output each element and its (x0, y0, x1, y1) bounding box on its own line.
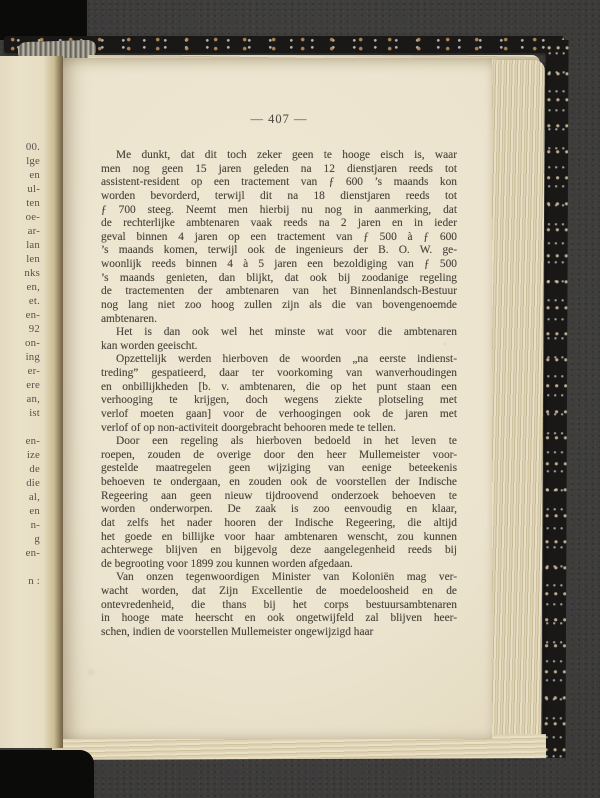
facing-page-edge: 00.lgeenul-tenoe-ar-lanlennksen,et.en-92… (0, 56, 63, 748)
edge-text-fragment: die (2, 476, 40, 490)
text-line: assistent-resident op een tractement van… (101, 176, 457, 190)
text-line: geval binnen 4 jaren op een tractement v… (101, 231, 457, 245)
text-line: Van onzen tegenwoordigen Minister van Ko… (101, 571, 457, 585)
text-line: gestelde maatregelen geen wijziging van … (101, 462, 457, 476)
text-line: ontevredenheid, die thans bij het corps … (101, 599, 457, 613)
text-line: dat zelfs het nader hooren der Indische … (101, 517, 457, 531)
text-line: treding” gespatieerd, daar ter voorkomin… (101, 367, 457, 381)
page-text: Me dunkt, dat dit toch zeker geen te hoo… (101, 149, 457, 640)
text-line: men nog geen 15 jaren geleden na 12 dien… (101, 163, 457, 177)
text-line: Regeering aan geen nieuw tijdroovend ond… (101, 490, 457, 504)
edge-text-fragment: len (2, 252, 40, 266)
edge-text-fragment: en- (2, 308, 40, 322)
text-line: schen, indien de voorstellen Mullemeiste… (101, 626, 457, 640)
edge-text-fragment: ere (2, 378, 40, 392)
edge-text-fragment: en- (2, 434, 40, 448)
photo-shadow-bottom-left (0, 750, 94, 798)
edge-text-fragment: en- (2, 546, 40, 560)
text-line: verhooging te krijgen, doch wegens ziekt… (101, 394, 457, 408)
text-line: behoeven te ondergaan, en zouden ook de … (101, 476, 457, 490)
text-line: ’s maands komen, terwijl ook de ingenieu… (101, 244, 457, 258)
photo-shadow-top-left (0, 0, 87, 40)
text-line: worden onderworpen. De zaak is zoo eenvo… (101, 503, 457, 517)
edge-text-fragment: on- (2, 336, 40, 350)
facing-page-text-fragments: 00.lgeenul-tenoe-ar-lanlennksen,et.en-92… (2, 140, 40, 588)
text-line: nog lang niet zoo hoog zullen zijn als d… (101, 299, 457, 313)
edge-text-fragment: et. (2, 294, 40, 308)
edge-text-fragment (2, 420, 40, 434)
text-line: ’s maands genieten, dan blijkt, dat ook … (101, 272, 457, 286)
text-line: verlof moeten gaan] voor de verhoogingen… (101, 408, 457, 422)
text-line: en onbillijkheden [b. v. ambtenaren, die… (101, 381, 457, 395)
edge-text-fragment: g (2, 532, 40, 546)
text-line: kan worden geeischt. (101, 340, 457, 354)
text-line: Door een regeling als hierboven bedoeld … (101, 435, 457, 449)
text-line: ƒ 700 steeg. Neemt men hierbij nu nog in… (101, 204, 457, 218)
edge-text-fragment: en (2, 504, 40, 518)
text-line: worden bevorderd, terwijl dit na 18 dien… (101, 190, 457, 204)
text-line: verlof of op non-activiteit doorgebracht… (101, 422, 457, 436)
edge-text-fragment: ten (2, 196, 40, 210)
edge-text-fragment: al, (2, 490, 40, 504)
text-line: Opzettelijk werden hierboven de woorden … (101, 353, 457, 367)
text-line: achterwege blijven en bijgevolg deze aan… (101, 544, 457, 558)
text-line: wacht worden, dat Zijn Excellentie de mo… (101, 585, 457, 599)
edge-text-fragment: 92 (2, 322, 40, 336)
edge-text-fragment: ist (2, 406, 40, 420)
text-line: Me dunkt, dat dit toch zeker geen te hoo… (101, 149, 457, 163)
page-stack-fore-edges (487, 60, 545, 758)
edge-text-fragment: en (2, 168, 40, 182)
edge-text-fragment: ing (2, 350, 40, 364)
edge-text-fragment (2, 560, 40, 574)
edge-text-fragment: an, (2, 392, 40, 406)
edge-text-fragment: lan (2, 238, 40, 252)
edge-text-fragment: ize (2, 448, 40, 462)
edge-text-fragment: n : (2, 574, 40, 588)
text-line: Het is dan ook wel het minste wat voor d… (101, 326, 457, 340)
text-line: de begrooting voor 1899 zou kunnen worde… (101, 558, 457, 572)
text-line: woonlijk reeds binnen 4 à 5 jaren een be… (101, 258, 457, 272)
text-line: de rechterlijke ambtenaren vaak reeds na… (101, 217, 457, 231)
edge-text-fragment: n- (2, 518, 40, 532)
edge-text-fragment: ul- (2, 182, 40, 196)
edge-text-fragment: 00. (2, 140, 40, 154)
book-page: — 407 — Me dunkt, dat dit toch zeker gee… (63, 58, 492, 739)
text-line: de tractementen der ambtenaren van het B… (101, 285, 457, 299)
edge-text-fragment: er- (2, 364, 40, 378)
text-line: roepen, zouden de overige door den heer … (101, 449, 457, 463)
edge-text-fragment: de (2, 462, 40, 476)
edge-text-fragment: en, (2, 280, 40, 294)
edge-text-fragment: ar- (2, 224, 40, 238)
edge-text-fragment: nks (2, 266, 40, 280)
page-number: — 407 — (101, 112, 457, 127)
text-line: ambtenaren. (101, 313, 457, 327)
edge-text-fragment: lge (2, 154, 40, 168)
book-cover-right-edge (542, 40, 568, 758)
edge-text-fragment: oe- (2, 210, 40, 224)
text-line: het goede en billijke voor haar ambtenar… (101, 531, 457, 545)
text-line: in hooge mate heerscht en ook ongetwijfe… (101, 612, 457, 626)
